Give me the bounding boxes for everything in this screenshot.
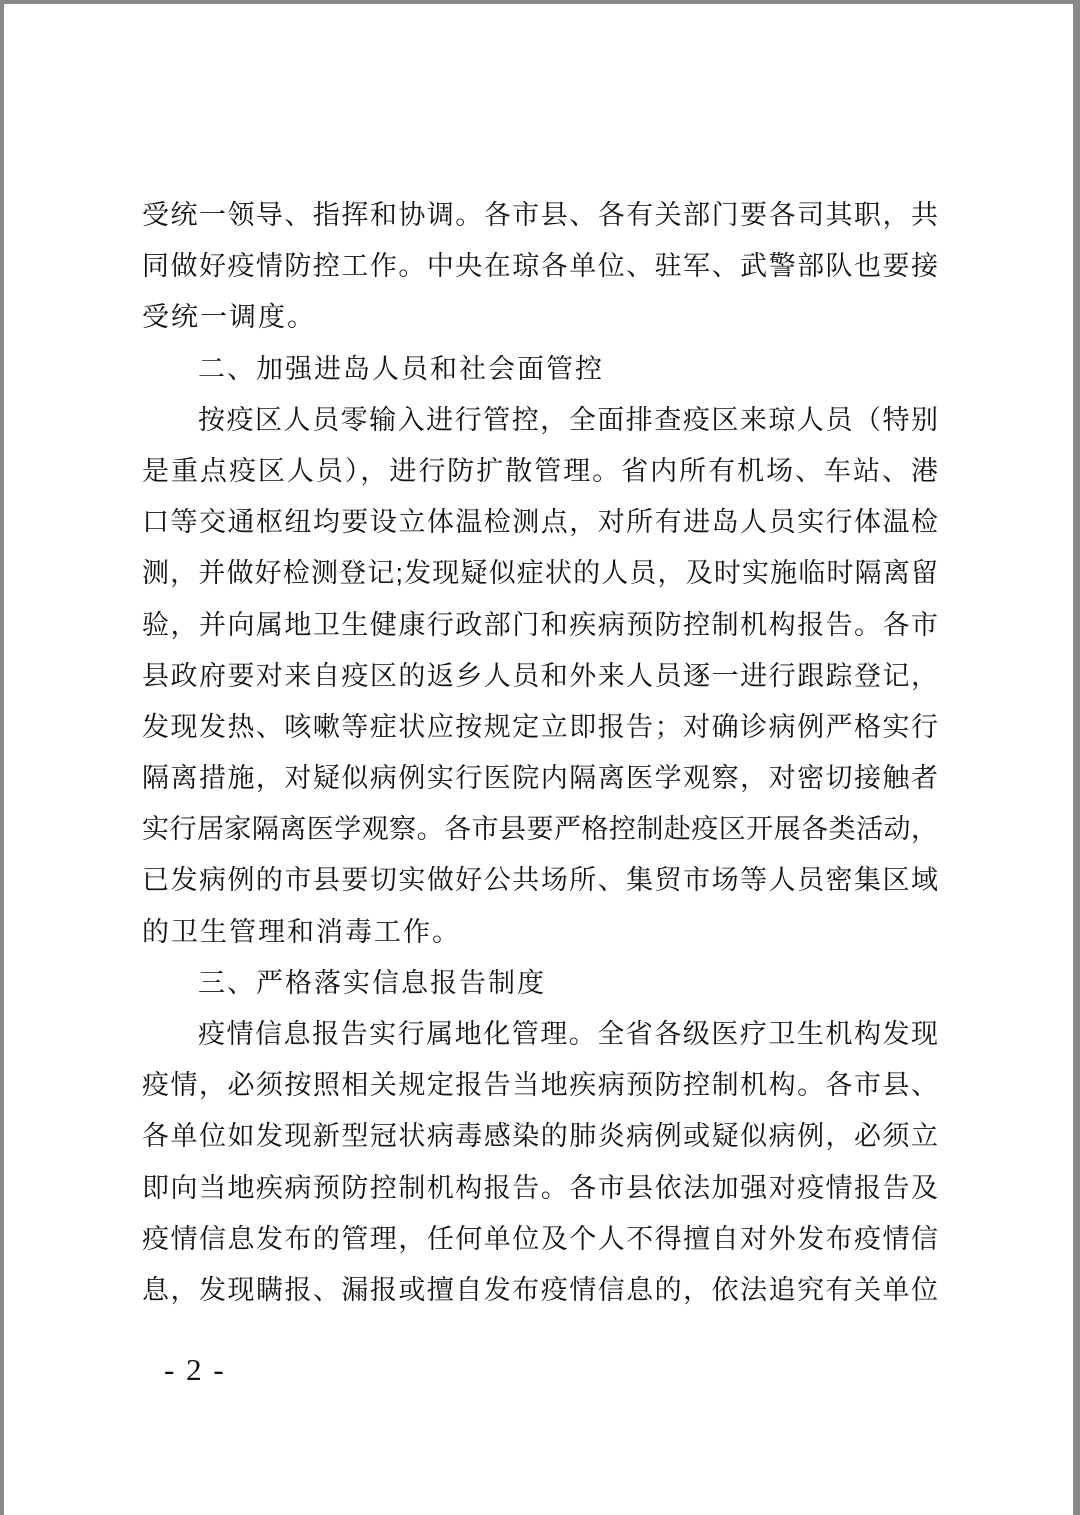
text-line: 已发病例的市县要切实做好公共场所、集贸市场等人员密集区域 xyxy=(142,855,938,906)
text-line: 疫情，必须按照相关规定报告当地疾病预防控制机构。各市县、 xyxy=(142,1060,938,1111)
text-line: 受统一调度。 xyxy=(142,292,938,343)
text-line: 县政府要对来自疫区的返乡人员和外来人员逐一进行跟踪登记， xyxy=(142,651,938,702)
text-line: 各单位如发现新型冠状病毒感染的肺炎病例或疑似病例，必须立 xyxy=(142,1111,938,1162)
page-number: - 2 - xyxy=(164,1352,226,1388)
text-line: 同做好疫情防控工作。中央在琼各单位、驻军、武警部队也要接 xyxy=(142,241,938,292)
text-line: 实行居家隔离医学观察。各市县要严格控制赴疫区开展各类活动， xyxy=(142,804,938,855)
text-line: 息，发现瞒报、漏报或擅自发布疫情信息的，依法追究有关单位 xyxy=(142,1265,938,1316)
text-line: 是重点疫区人员），进行防扩散管理。省内所有机场、车站、港 xyxy=(142,446,938,497)
text-line: 的卫生管理和消毒工作。 xyxy=(142,907,938,958)
text-line: 疫情信息报告实行属地化管理。全省各级医疗卫生机构发现 xyxy=(142,1009,938,1060)
section-heading: 二、加强进岛人员和社会面管控 xyxy=(142,344,938,395)
document-body: 受统一领导、指挥和协调。各市县、各有关部门要各司其职，共同做好疫情防控工作。中央… xyxy=(142,190,938,1316)
text-line: 疫情信息发布的管理，任何单位及个人不得擅自对外发布疫情信 xyxy=(142,1214,938,1265)
text-line: 即向当地疾病预防控制机构报告。各市县依法加强对疫情报告及 xyxy=(142,1163,938,1214)
text-line: 口等交通枢纽均要设立体温检测点，对所有进岛人员实行体温检 xyxy=(142,497,938,548)
text-line: 发现发热、咳嗽等症状应按规定立即报告；对确诊病例严格实行 xyxy=(142,702,938,753)
document-page: 受统一领导、指挥和协调。各市县、各有关部门要各司其职，共同做好疫情防控工作。中央… xyxy=(4,4,1073,1515)
text-line: 验，并向属地卫生健康行政部门和疾病预防控制机构报告。各市 xyxy=(142,600,938,651)
text-line: 测，并做好检测登记;发现疑似症状的人员，及时实施临时隔离留 xyxy=(142,548,938,599)
text-line: 受统一领导、指挥和协调。各市县、各有关部门要各司其职，共 xyxy=(142,190,938,241)
section-heading: 三、严格落实信息报告制度 xyxy=(142,958,938,1009)
text-line: 隔离措施，对疑似病例实行医院内隔离医学观察，对密切接触者 xyxy=(142,753,938,804)
text-line: 按疫区人员零输入进行管控，全面排查疫区来琼人员（特别 xyxy=(142,395,938,446)
